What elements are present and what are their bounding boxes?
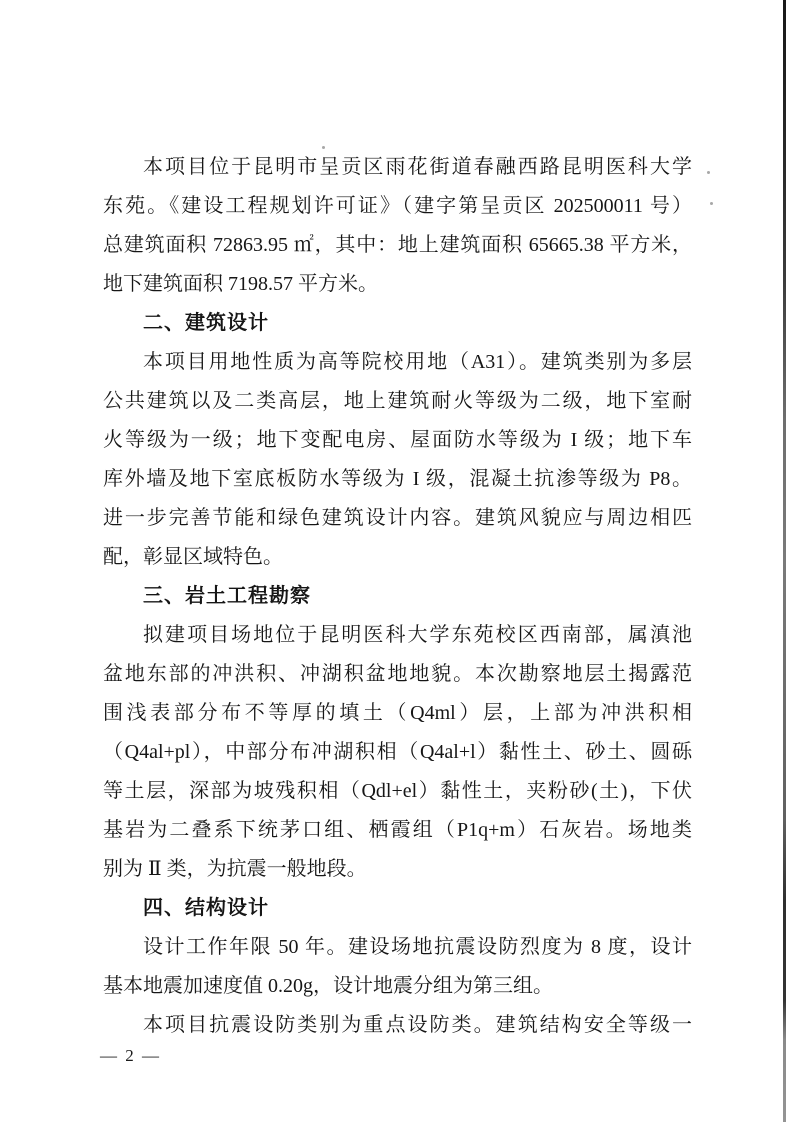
text-line: 火等级为一级；地下变配电房、屋面防水等级为 I 级；地下车	[103, 421, 692, 460]
document-body: 本项目位于昆明市呈贡区雨花街道春融西路昆明医科大学 东苑。《建设工程规划许可证》…	[103, 148, 692, 1045]
text-line: 基岩为二叠系下统茅口组、栖霞组（P1q+m）石灰岩。场地类	[103, 811, 692, 850]
text-line: 东苑。《建设工程规划许可证》（建字第呈贡区 202500011 号）	[103, 187, 692, 226]
text-line: 配，彰显区域特色。	[103, 538, 692, 577]
scan-noise-speck	[710, 202, 713, 205]
text-line: 公共建筑以及二类高层，地上建筑耐火等级为二级，地下室耐	[103, 382, 692, 421]
text-line: 本项目位于昆明市呈贡区雨花街道春融西路昆明医科大学	[103, 148, 692, 187]
scan-noise-speck	[322, 146, 325, 149]
section-heading-structural-design: 四、结构设计	[103, 889, 692, 928]
scan-edge-artifact	[783, 0, 786, 1122]
text-line: 本项目用地性质为高等院校用地（A31）。建筑类别为多层	[103, 343, 692, 382]
text-line: 设计工作年限 50 年。建设场地抗震设防烈度为 8 度，设计	[103, 928, 692, 967]
text-line: 总建筑面积 72863.95 ㎡，其中：地上建筑面积 65665.38 平方米，	[103, 226, 692, 265]
text-line: 地下建筑面积 7198.57 平方米。	[103, 265, 692, 304]
text-line: 别为 Ⅱ 类，为抗震一般地段。	[103, 850, 692, 889]
page-number: — 2 —	[100, 1045, 161, 1067]
text-line: 等土层，深部为坡残积相（Qdl+el）黏性土，夹粉砂(土)，下伏	[103, 772, 692, 811]
text-line: 进一步完善节能和绿色建筑设计内容。建筑风貌应与周边相匹	[103, 499, 692, 538]
text-line: 盆地东部的冲洪积、冲湖积盆地地貌。本次勘察地层土揭露范	[103, 655, 692, 694]
text-line: 拟建项目场地位于昆明医科大学东苑校区西南部，属滇池	[103, 616, 692, 655]
section-heading-geotechnical-survey: 三、岩土工程勘察	[103, 577, 692, 616]
text-line: 本项目抗震设防类别为重点设防类。建筑结构安全等级一	[103, 1006, 692, 1045]
text-line: （Q4al+pl），中部分布冲湖积相（Q4al+l）黏性土、砂土、圆砾	[103, 733, 692, 772]
scan-noise-speck	[707, 171, 710, 174]
text-line: 围浅表部分布不等厚的填土（Q4ml）层，上部为冲洪积相	[103, 694, 692, 733]
text-line: 库外墙及地下室底板防水等级为 I 级，混凝土抗渗等级为 P8。	[103, 460, 692, 499]
section-heading-architectural-design: 二、建筑设计	[103, 304, 692, 343]
text-line: 基本地震加速度值 0.20g，设计地震分组为第三组。	[103, 967, 692, 1006]
document-page: 本项目位于昆明市呈贡区雨花街道春融西路昆明医科大学 东苑。《建设工程规划许可证》…	[0, 0, 794, 1122]
